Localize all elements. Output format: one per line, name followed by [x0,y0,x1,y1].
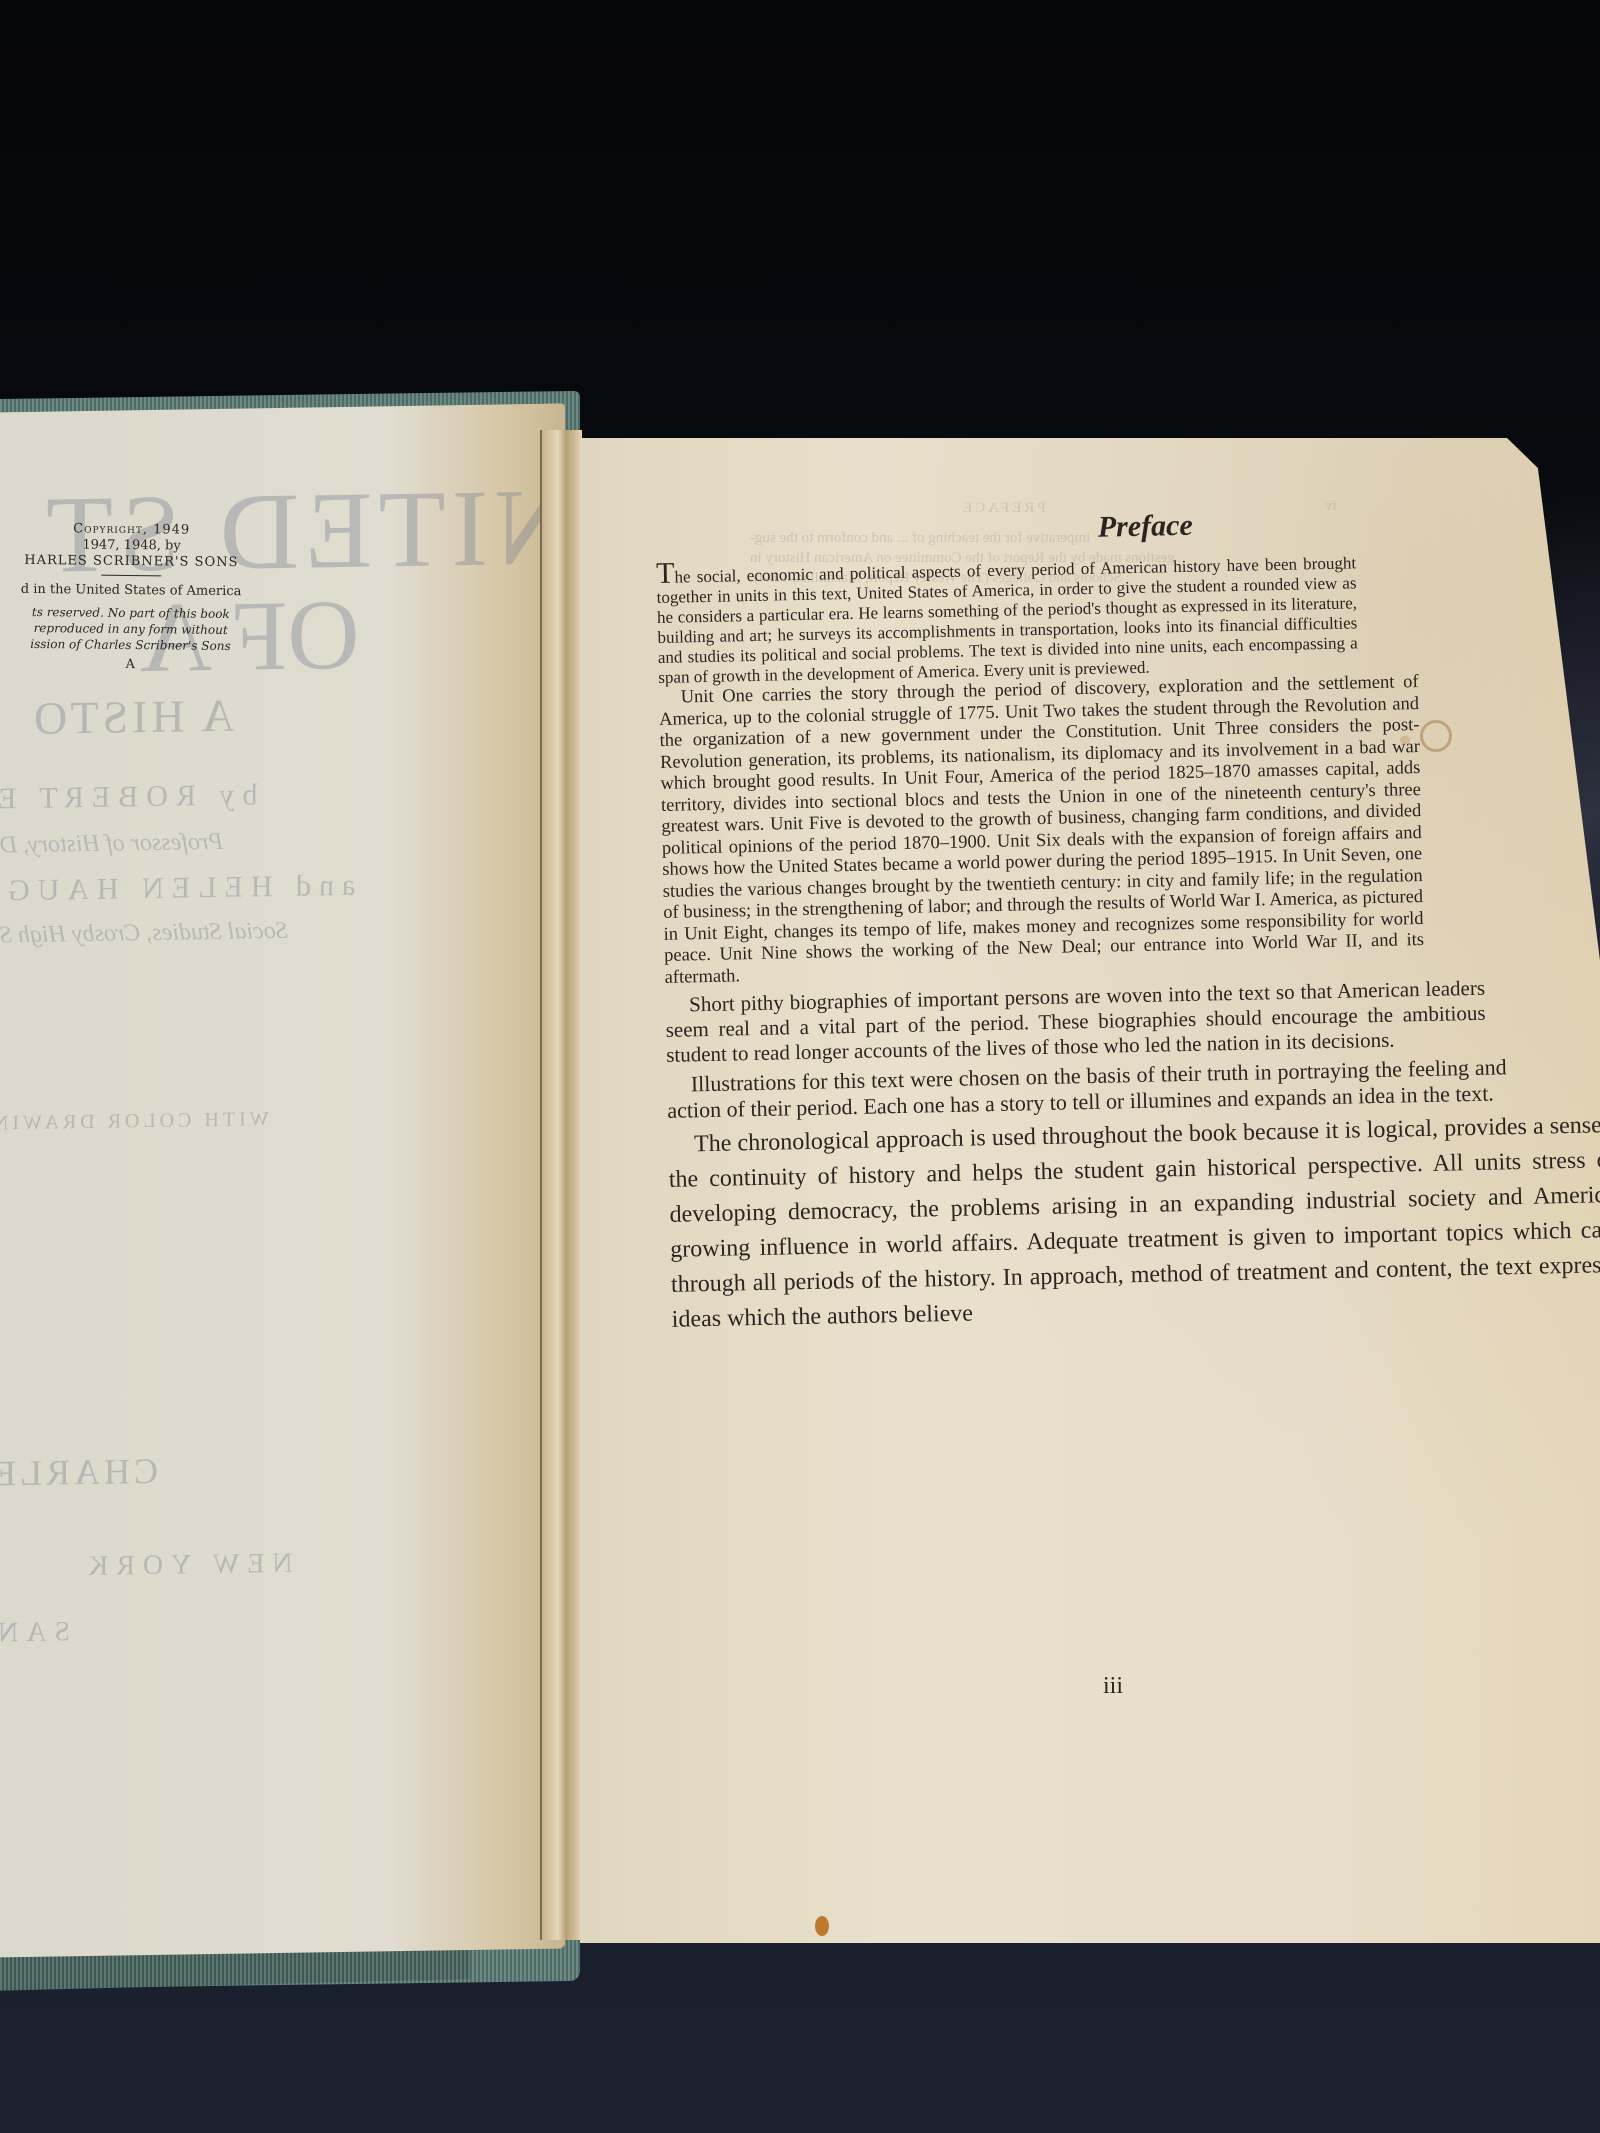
show-through-publisher: CHARLE [0,1450,158,1495]
show-through-city1: NEW YORK [80,1548,293,1583]
paragraph-3: Short pithy biographies of important per… [665,976,1486,1068]
copyright-publisher: HARLES SCRIBNER'S SONS [0,553,262,572]
show-through-city2: SAN [0,1616,70,1649]
drop-cap: T [656,557,675,590]
rust-spot [815,1916,829,1936]
page-stack-gutter [540,430,582,1940]
paragraph-5: The chronological approach is used throu… [668,1108,1600,1338]
show-through-author1-title: Professor of History, D [0,829,223,860]
rights-line-3: ission of Charles Scribner's Sons [0,636,262,655]
show-through-illustrations: WITH COLOR DRAWIN [0,1108,269,1135]
show-through-author2-title: Social Studies, Crosby High S [0,918,288,950]
copyright-divider [101,575,161,577]
edition-mark: A [0,656,261,675]
show-through-subtitle: A HISTO [30,689,235,745]
show-through-author1: by ROBERT E [0,778,257,816]
copyright-notice: Copyright, 1949 1947, 1948, by HARLES SC… [0,521,263,675]
show-through-author2: and HELEN HAUG [0,869,355,909]
paragraph-1: The social, economic and political aspec… [656,549,1358,688]
printed-in-line: d in the United States of America [0,582,262,601]
page-number: iii [1103,1673,1123,1700]
preface-text: Preface The social, economic and politic… [655,503,1492,1338]
paragraph-2: Unit One carries the story through the p… [659,672,1425,989]
